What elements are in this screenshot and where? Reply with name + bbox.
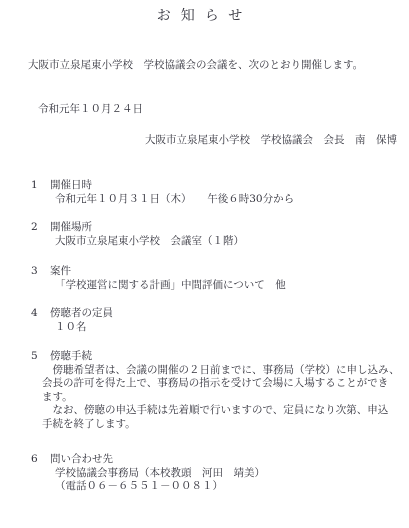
item-number: 4: [31, 307, 38, 321]
item-content-line: 会長の許可を得た上で、事務局の指示を受けて会場に入場することができ: [42, 377, 405, 391]
item-content-line: １０名: [55, 321, 405, 335]
item-number: 1: [31, 179, 38, 193]
item-content-line: 傍聴希望者は、会議の開催の２日前までに、事務局（学校）に申し込み、: [42, 364, 405, 378]
item-content-line: 手続を終了します。: [42, 418, 405, 432]
item-meeting-datetime: 1 開催日時 令和元年１０月３１日（木） 午後６時30分から: [0, 179, 405, 206]
item-contact: 6 問い合わせ先 学校協議会事務局（本校教頭 河田 靖美） （電話０６－６５５１…: [0, 453, 405, 494]
item-content: 大阪市立泉尾東小学校 会議室（１階）: [55, 235, 405, 249]
item-number: 5: [31, 350, 38, 364]
issuer-signature: 大阪市立泉尾東小学校 学校協議会 会長 南 保博: [0, 134, 397, 148]
notice-document: お知らせ 大阪市立泉尾東小学校 学校協議会の会議を、次のとおり開催します。 令和…: [0, 0, 409, 528]
item-content-line: なお、傍聴の申込手続は先着順で行いますので、定員になり次第、申込: [42, 404, 405, 418]
item-content: 学校協議会事務局（本校教頭 河田 靖美） （電話０６－６５５１－００８１）: [55, 467, 405, 494]
item-number: 2: [31, 221, 38, 235]
intro-text: 大阪市立泉尾東小学校 学校協議会の会議を、次のとおり開催します。: [28, 59, 363, 73]
issue-date: 令和元年１０月２４日: [38, 103, 143, 117]
item-observer-capacity: 4 傍聴者の定員 １０名: [0, 307, 405, 334]
item-content-line: 大阪市立泉尾東小学校 会議室（１階）: [55, 235, 405, 249]
item-number: 3: [31, 265, 38, 279]
item-meeting-place: 2 開催場所 大阪市立泉尾東小学校 会議室（１階）: [0, 221, 405, 248]
item-content: １０名: [55, 321, 405, 335]
item-content-line: 学校協議会事務局（本校教頭 河田 靖美）: [55, 467, 405, 481]
item-content-line: ます。: [42, 391, 405, 405]
item-content: 傍聴希望者は、会議の開催の２日前までに、事務局（学校）に申し込み、 会長の許可を…: [42, 364, 405, 432]
contact-phone: （電話０６－６５５１－００８１）: [55, 480, 405, 494]
item-content-line: 令和元年１０月３１日（木） 午後６時30分から: [55, 193, 405, 207]
item-label: 傍聴者の定員: [50, 307, 405, 321]
item-observer-procedure: 5 傍聴手続 傍聴希望者は、会議の開催の２日前までに、事務局（学校）に申し込み、…: [0, 350, 405, 431]
item-number: 6: [31, 453, 38, 467]
page-title: お知らせ: [0, 10, 409, 24]
item-label: 傍聴手続: [50, 350, 405, 364]
item-agenda: 3 案件 「学校運営に関する計画」中間評価について 他: [0, 265, 405, 292]
item-label: 案件: [50, 265, 405, 279]
item-label: 問い合わせ先: [50, 453, 405, 467]
item-content: 「学校運営に関する計画」中間評価について 他: [55, 279, 405, 293]
item-label: 開催日時: [50, 179, 405, 193]
item-content: 令和元年１０月３１日（木） 午後６時30分から: [55, 193, 405, 207]
item-label: 開催場所: [50, 221, 405, 235]
item-content-line: 「学校運営に関する計画」中間評価について 他: [55, 279, 405, 293]
